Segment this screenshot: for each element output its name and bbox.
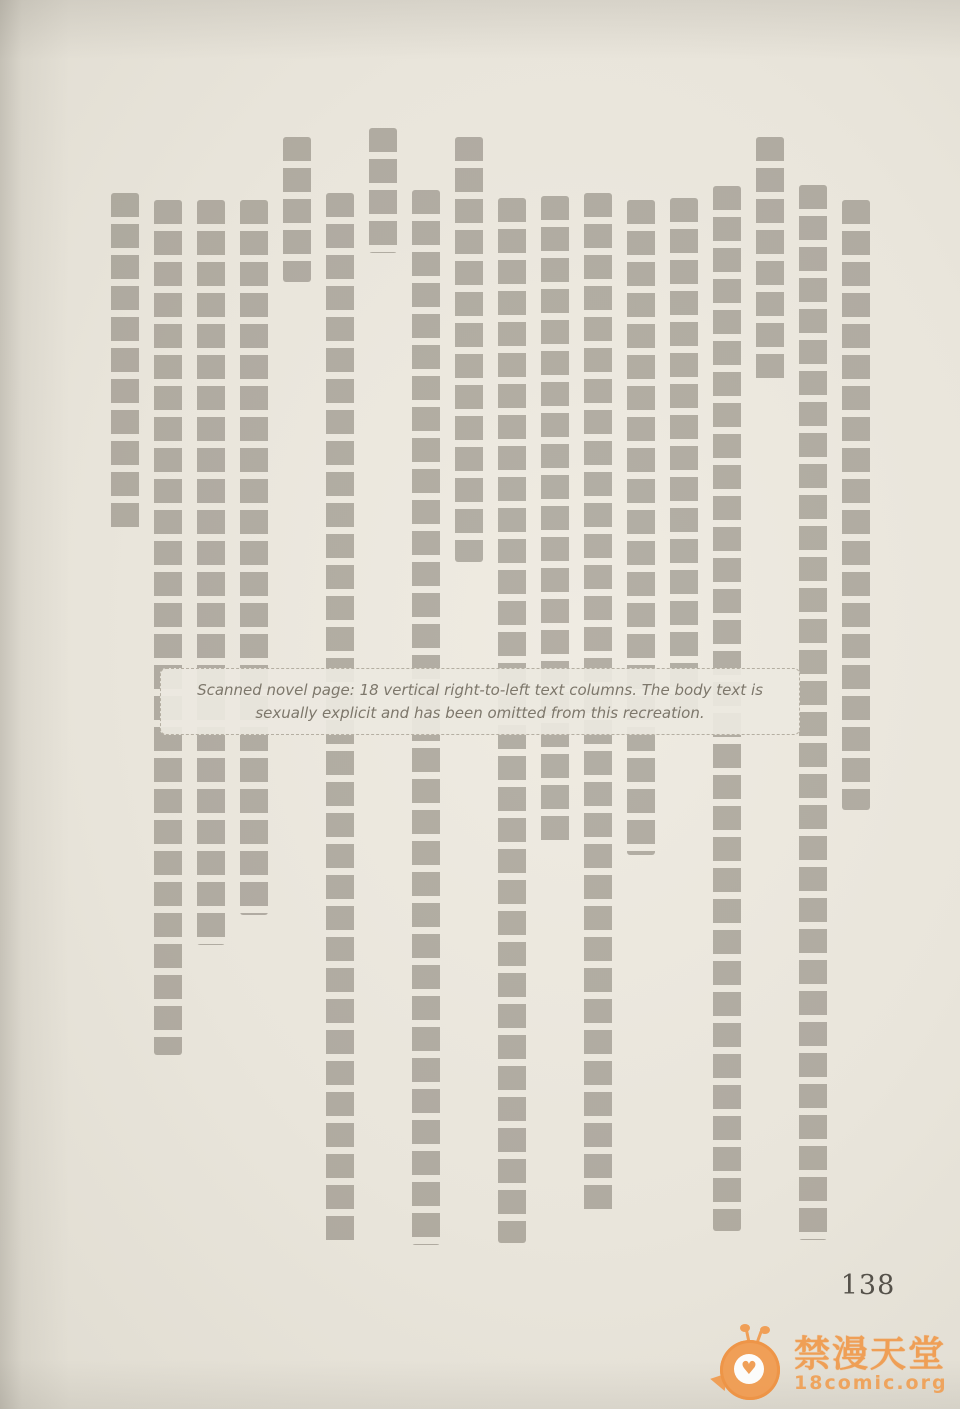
redacted-text-column (154, 200, 182, 1055)
redacted-text-column (799, 185, 827, 1240)
mascot-whale-icon: ♥ (712, 1328, 786, 1402)
redacted-text-column (111, 193, 139, 533)
book-page: Scanned novel page: 18 vertical right-to… (0, 0, 960, 1409)
redacted-text-column (369, 128, 397, 253)
redacted-text-column (627, 200, 655, 855)
redacted-text-column (455, 137, 483, 562)
page-number: 138 (828, 1270, 908, 1301)
heart-eye-icon: ♥ (734, 1354, 764, 1384)
site-watermark: ♥ 禁漫天堂 18comic.org (712, 1328, 948, 1402)
redacted-text-column (240, 200, 268, 915)
brand-site-url: 18comic.org (794, 1374, 948, 1394)
redaction-notice: Scanned novel page: 18 vertical right-to… (160, 668, 800, 735)
redacted-text-column (541, 196, 569, 846)
redacted-text-column (283, 137, 311, 282)
redacted-text-column (842, 200, 870, 810)
redacted-text-column (670, 198, 698, 718)
redacted-text-column (756, 137, 784, 382)
redacted-text-column (197, 200, 225, 945)
brand-name: 禁漫天堂 (794, 1336, 948, 1374)
